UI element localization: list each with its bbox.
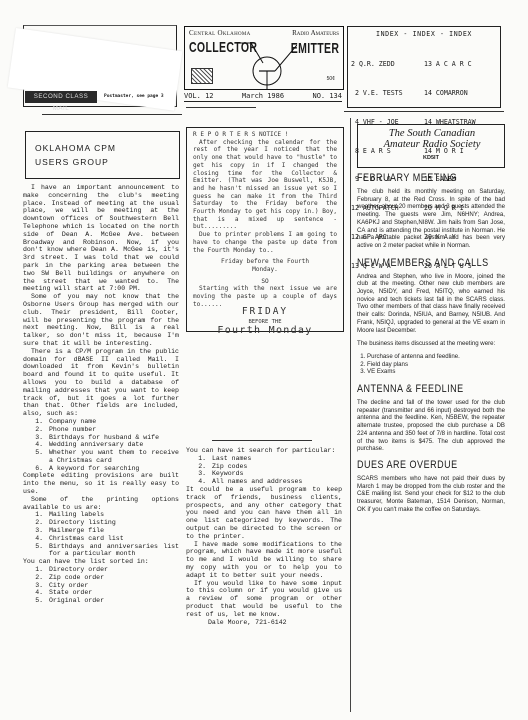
divider-rule xyxy=(212,440,312,441)
article-paragraph: There is a CP/M program in the public do… xyxy=(23,348,179,418)
masthead-radio-amateurs: Radio Amateurs xyxy=(292,29,339,37)
notice-paragraph: After checking the calendar for the rest… xyxy=(193,139,337,231)
volume: VOL. 12 xyxy=(184,92,214,100)
cpm-users-group-heading-box: OKLAHOMA CPM USERS GROUP xyxy=(25,131,180,179)
notice-paragraph: Starting with the next issue we are movi… xyxy=(193,285,337,308)
masthead-central-oklahoma: Central Oklahoma xyxy=(189,29,251,37)
article-paragraph: If you would like to have some input to … xyxy=(186,580,342,619)
dues-overdue-heading: DUES ARE OVERDUE xyxy=(357,459,478,471)
transistor-symbol-icon xyxy=(237,37,297,89)
new-members-heading: NEW MEMBERS AND CALLS xyxy=(357,257,478,269)
scars-articles: FEBRUARY MEETING The club held its month… xyxy=(357,172,505,514)
column-divider xyxy=(350,118,351,712)
index-entry: 2 Q.R. ZEDD xyxy=(351,60,403,70)
issue-number: NO. 134 xyxy=(312,92,342,100)
business-intro: The business items discussed at the meet… xyxy=(357,340,505,348)
dues-overdue-text: SCARS members who have not paid their du… xyxy=(357,475,505,514)
index-entry: 14 COMARRON xyxy=(424,89,476,99)
feb-meeting-text: The club held its monthly meeting on Sat… xyxy=(357,188,505,250)
article-paragraph: Some of you may not know that the Osborn… xyxy=(23,293,179,348)
divider-rule xyxy=(344,111,504,112)
club-logo-icon xyxy=(191,68,213,84)
article-paragraph: Complete editing provisions are built in… xyxy=(23,472,179,495)
fields-list: Company name Phone number Birthdays for … xyxy=(23,418,179,473)
article-paragraph: You can have the list sorted in: xyxy=(23,558,179,566)
article-paragraph: I have made some modifications to the pr… xyxy=(186,541,342,580)
antenna-feedline-heading: ANTENNA & FEEDLINE xyxy=(357,383,478,395)
issue-date: March 1986 xyxy=(242,92,284,100)
article-paragraph: It could be a useful program to keep tra… xyxy=(186,486,342,541)
cpm-article-continued: You can have it search for particular: L… xyxy=(186,447,342,626)
notice-title: R E P O R T E R S NOTICE ! xyxy=(193,131,337,139)
divider-rule xyxy=(186,107,256,108)
cpm-article-body: I have an important announcement to make… xyxy=(23,184,179,605)
divider-rule xyxy=(42,114,182,115)
index-entry: 2 V.E. TESTS xyxy=(351,89,403,99)
article-paragraph: You can have it search for particular: xyxy=(186,447,342,455)
index-entry: 13 A C A R C xyxy=(424,60,476,70)
notice-friday-big: FRIDAY xyxy=(193,308,337,316)
article-signature: Dale Moore, 721-6142 xyxy=(186,619,342,627)
second-class-mail-badge: SECOND CLASS MAIL xyxy=(25,91,97,103)
cpm-title: OKLAHOMA CPM USERS GROUP xyxy=(35,141,116,169)
scars-title: The South Canadian Amateur Radio Society xyxy=(362,128,502,150)
reporters-notice-content: R E P O R T E R S NOTICE ! After checkin… xyxy=(193,131,337,335)
reporters-notice-box: R E P O R T E R S NOTICE ! After checkin… xyxy=(186,127,344,332)
feb-meeting-heading: FEBRUARY MEETING xyxy=(357,172,478,184)
masthead: Central Oklahoma Radio Amateurs COLLECTO… xyxy=(184,26,344,90)
notice-paragraph: Due to printer problems I am going to ha… xyxy=(193,231,337,254)
masthead-emitter: EMITTER xyxy=(290,40,339,57)
article-paragraph: I have an important announcement to make… xyxy=(23,184,179,293)
masthead-price: 50¢ xyxy=(327,76,335,82)
notice-so: SO xyxy=(193,278,337,286)
notice-fourth-monday-big: Fourth Monday xyxy=(193,327,337,335)
scars-heading-box: The South Canadian Amateur Radio Society… xyxy=(357,124,505,168)
scars-callsign: KD5IT xyxy=(358,155,504,161)
sort-order-list: Directory order Zip code order City orde… xyxy=(23,566,179,605)
new-members-text: Andrea and Stephen, who live in Moore, j… xyxy=(357,273,505,335)
printing-options-list: Mailing labels Directory listing Mailmer… xyxy=(23,511,179,558)
antenna-feedline-text: The decline and fall of the tower used f… xyxy=(357,399,505,453)
issue-info-line: VOL. 12 March 1986 NO. 134 xyxy=(184,92,342,102)
index-box: INDEX - INDEX - INDEX 2 Q.R. ZEDD 2 V.E.… xyxy=(347,26,501,108)
search-list: Last names Zip codes Keywords All names … xyxy=(186,455,342,486)
index-title: INDEX - INDEX - INDEX xyxy=(348,30,500,38)
article-paragraph: Some of the printing options available t… xyxy=(23,496,179,512)
notice-friday-before: Friday before the Fourth Monday. xyxy=(213,258,317,273)
postmaster-note: Postmaster, see page 3 xyxy=(104,94,164,99)
business-items-list: Purchase of antenna and feedline. Field … xyxy=(357,353,505,376)
